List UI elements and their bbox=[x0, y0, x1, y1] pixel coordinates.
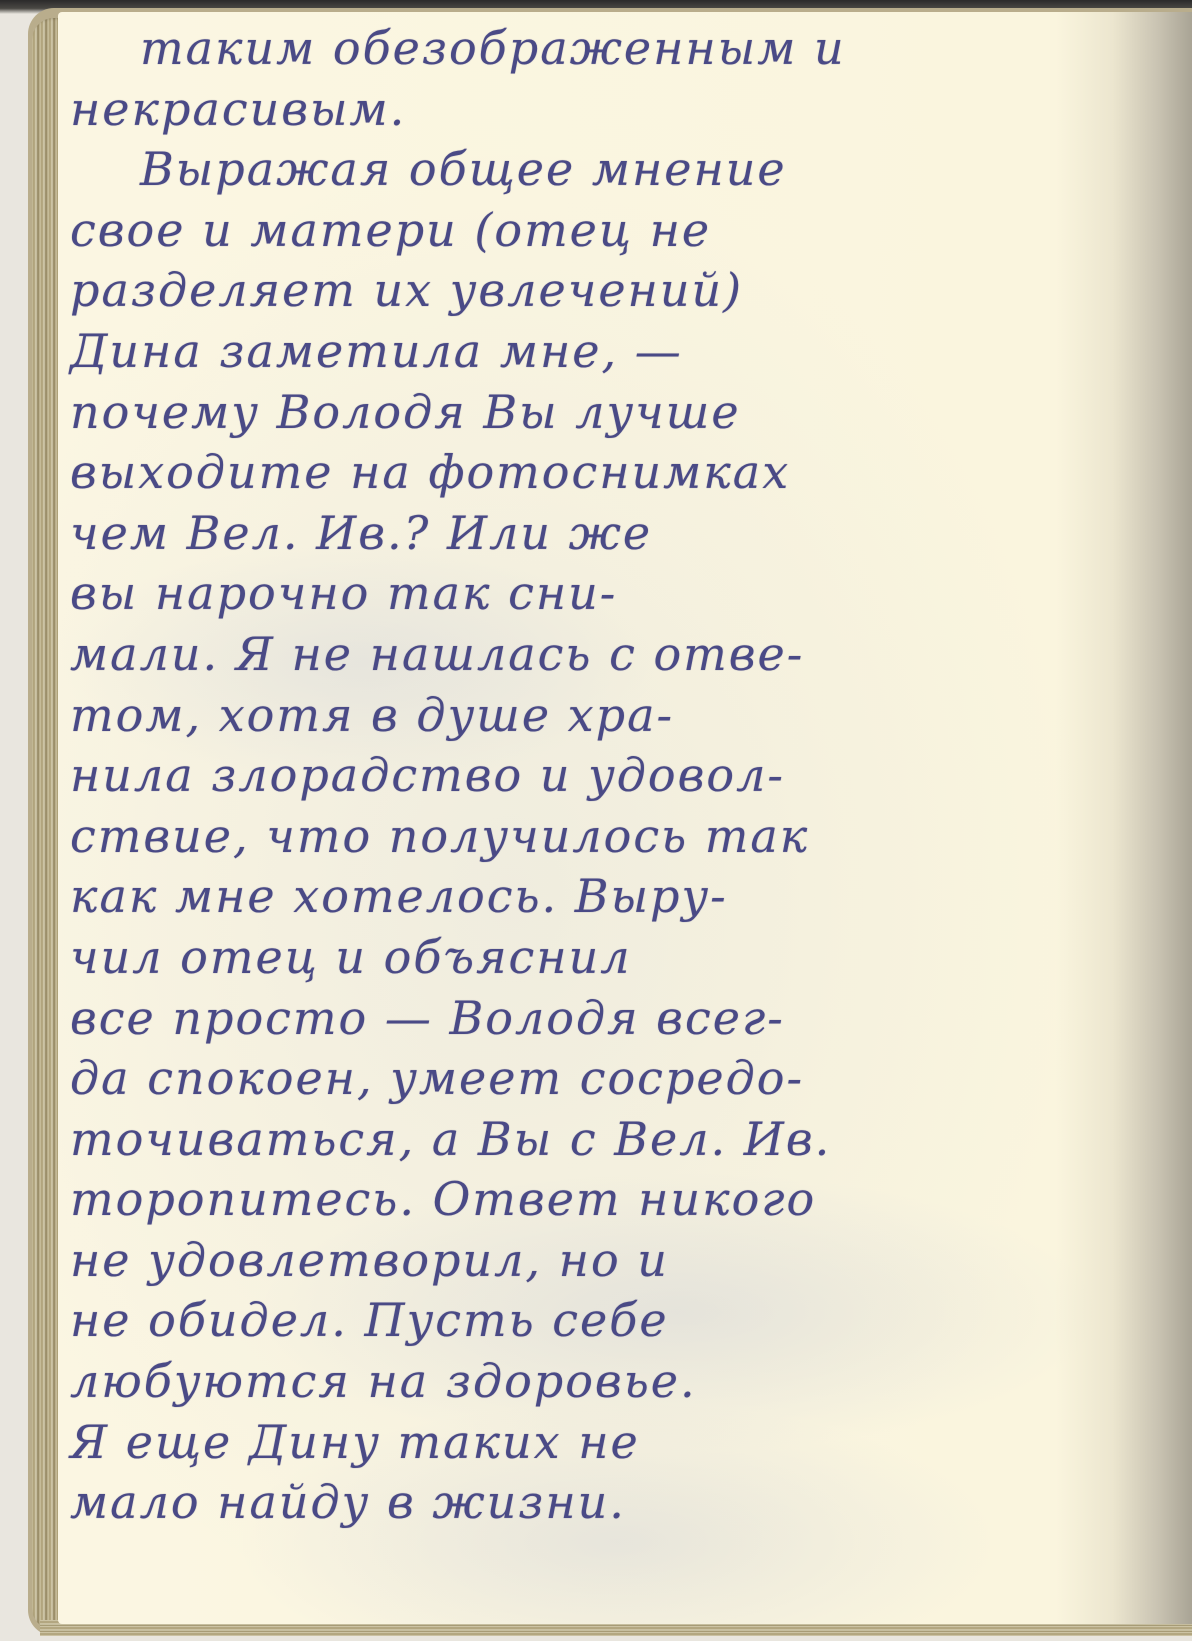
text-line: выходите на фотоснимках bbox=[70, 442, 1160, 503]
text-line: мали. Я не нашлась с отве- bbox=[70, 624, 1160, 685]
text-line: Дина заметила мне, — bbox=[70, 321, 1160, 382]
text-line: торопитесь. Ответ никого bbox=[70, 1169, 1160, 1230]
text-line: том, хотя в душе хра- bbox=[70, 685, 1160, 746]
text-line: таким обезображенным и bbox=[70, 18, 1160, 79]
text-line: нила злорадство и удовол- bbox=[70, 745, 1160, 806]
handwritten-text: таким обезображенным и некрасивым. Выраж… bbox=[70, 18, 1160, 1533]
text-line: некрасивым. bbox=[70, 79, 1160, 140]
text-line: все просто — Володя всег- bbox=[70, 988, 1160, 1049]
text-line: не удовлетворил, но и bbox=[70, 1230, 1160, 1291]
text-line: точиваться, а Вы с Вел. Ив. bbox=[70, 1109, 1160, 1170]
text-line: Выражая общее мнение bbox=[70, 139, 1160, 200]
text-line: чем Вел. Ив.? Или же bbox=[70, 503, 1160, 564]
text-line: почему Володя Вы лучше bbox=[70, 382, 1160, 443]
text-line: да спокоен, умеет сосредо- bbox=[70, 1048, 1160, 1109]
text-line: свое и матери (отец не bbox=[70, 200, 1160, 261]
text-line: Я еще Дину таких не bbox=[70, 1412, 1160, 1473]
text-line: любуются на здоровье. bbox=[70, 1351, 1160, 1412]
text-line: разделяет их увлечений) bbox=[70, 260, 1160, 321]
text-line: чил отец и объяснил bbox=[70, 927, 1160, 988]
text-line: не обидел. Пусть себе bbox=[70, 1290, 1160, 1351]
text-line: ствие, что получилось так bbox=[70, 806, 1160, 867]
diary-page: таким обезображенным и некрасивым. Выраж… bbox=[58, 12, 1192, 1624]
text-line: как мне хотелось. Выру- bbox=[70, 866, 1160, 927]
text-line: мало найду в жизни. bbox=[70, 1472, 1160, 1533]
text-line: вы нарочно так сни- bbox=[70, 563, 1160, 624]
